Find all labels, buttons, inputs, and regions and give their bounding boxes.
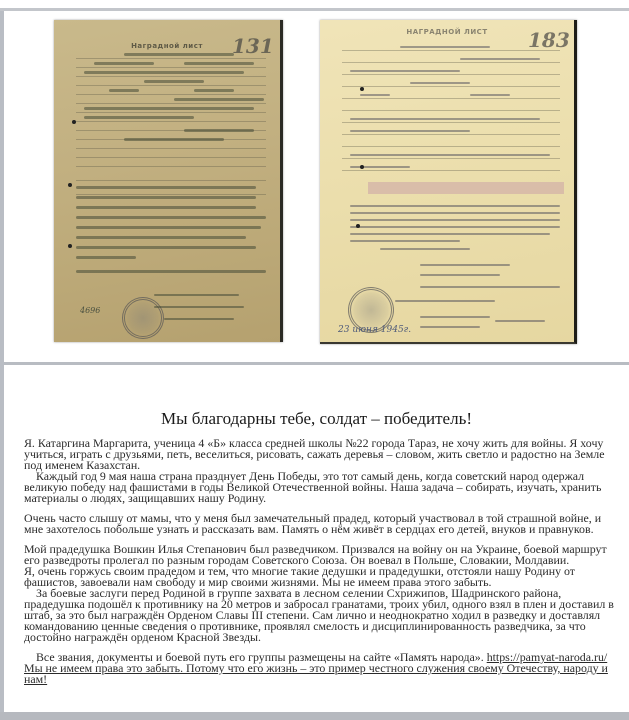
letter-title: Мы благодарны тебе, солдат – победитель! <box>4 409 629 429</box>
paragraph-intro: Я. Катаргина Маргарита, ученица 4 «Б» кл… <box>24 438 614 471</box>
doc-reference-number: 4696 <box>80 306 100 315</box>
paragraph-awards: За боевые заслуги перед Родиной в группе… <box>24 588 614 643</box>
seal-stamp <box>122 297 164 339</box>
award-sheet-image-1: Наградной лист 131 <box>54 20 283 342</box>
page-letter: Мы благодарны тебе, солдат – победитель!… <box>4 365 629 712</box>
redacted-region <box>368 182 564 194</box>
page-award-documents: Наградной лист 131 <box>4 11 629 362</box>
paragraph-victory-day: Каждый год 9 мая наша страна празднует Д… <box>24 471 614 504</box>
paragraph-pride: Я, очень горжусь своим прадедом и тем, ч… <box>24 566 614 588</box>
doc-number: 183 <box>528 28 570 52</box>
award-sheet-image-2: НАГРАДНОЙ ЛИСТ 183 <box>320 20 577 344</box>
doc-date: 23 июня 1945г. <box>338 325 411 335</box>
paragraph-great-grandfather: Очень часто слышу от мамы, что у меня бы… <box>24 513 614 535</box>
paragraph-closing: Мы не имеем права это забыть. Потому что… <box>24 663 614 685</box>
top-page-edge <box>0 0 629 11</box>
letter-body: Я. Катаргина Маргарита, ученица 4 «Б» кл… <box>24 438 614 685</box>
bottom-page-edge <box>0 712 629 720</box>
paragraph-scout: Мой прадедушка Вошкин Илья Степанович бы… <box>24 544 614 566</box>
doc-number: 131 <box>232 34 274 58</box>
